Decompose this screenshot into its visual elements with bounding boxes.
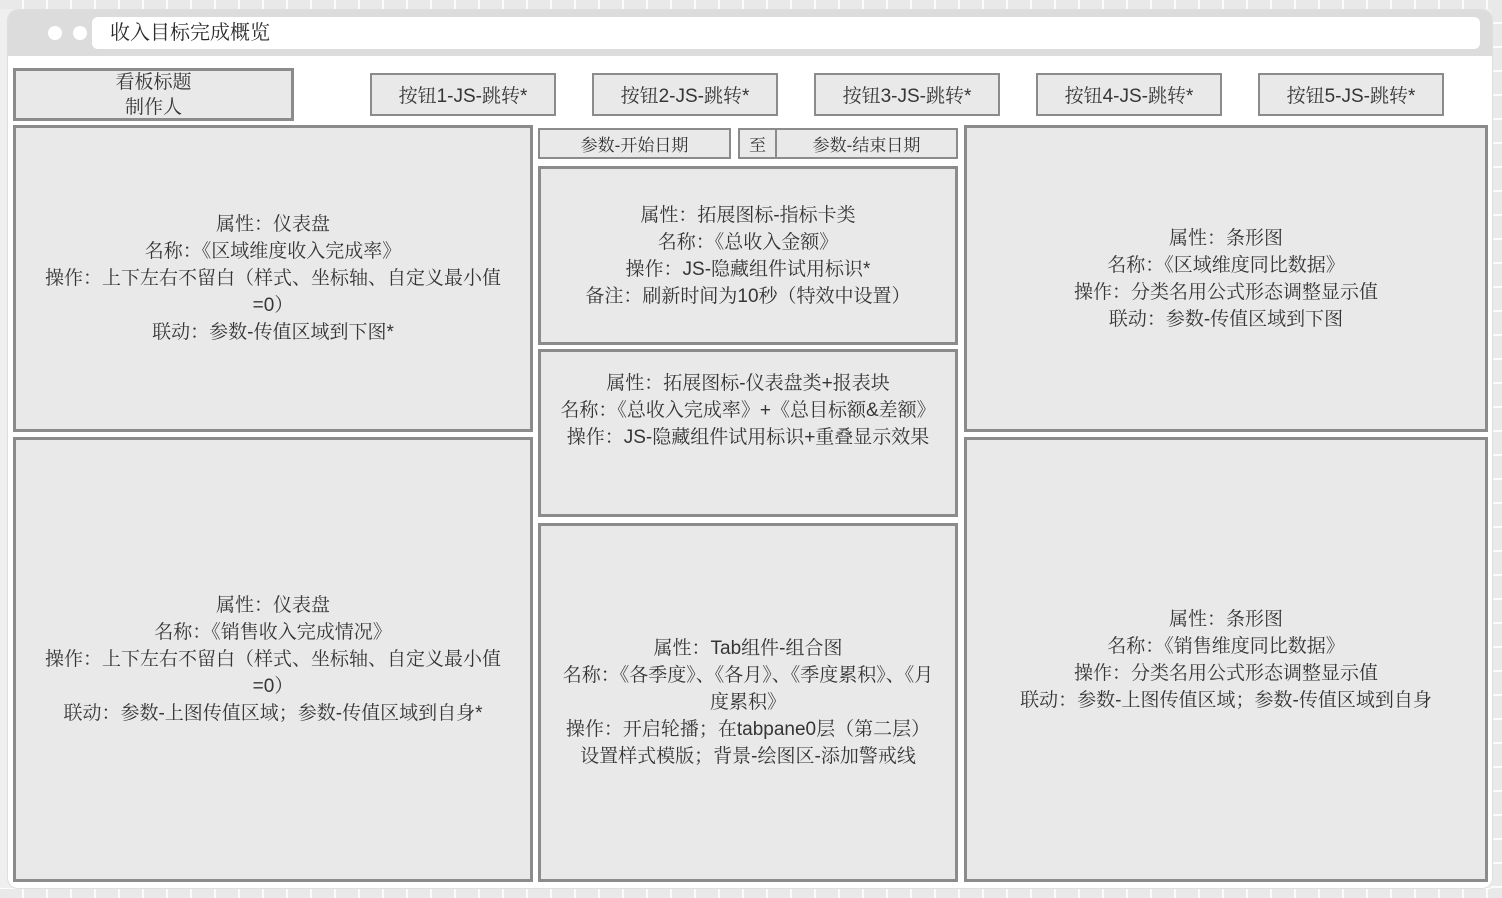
window-control-minimize-icon[interactable]: [73, 26, 87, 40]
panel-text: 属性：拓展图标-指标卡类 名称：《总收入金额》 操作：JS-隐藏组件试用标识* …: [559, 202, 937, 310]
param-start-date-field[interactable]: 参数-开始日期: [538, 128, 731, 159]
panel-sales-completion-gauge[interactable]: 属性：仪表盘 名称：《销售收入完成情况》 操作：上下左右不留白（样式、坐标轴、自…: [13, 437, 533, 882]
panel-region-yoy-bar-chart[interactable]: 属性：条形图 名称：《区域维度同比数据》 操作：分类名用公式形态调整显示值 联动…: [964, 125, 1488, 432]
panel-text: 属性：条形图 名称：《销售维度同比数据》 操作：分类名用公式形态调整显示值 联动…: [981, 606, 1471, 714]
panel-total-revenue-card[interactable]: 属性：拓展图标-指标卡类 名称：《总收入金额》 操作：JS-隐藏组件试用标识* …: [538, 166, 958, 345]
param-end-date-group: 至 参数-结束日期: [738, 128, 958, 159]
canvas-ruler-right: [1491, 0, 1502, 898]
board-author-line: 制作人: [125, 95, 182, 120]
jump-button-4[interactable]: 按钮4-JS-跳转*: [1036, 73, 1222, 116]
panel-total-completion-gauge[interactable]: 属性：拓展图标-仪表盘类+报表块 名称：《总收入完成率》+《总目标额&差额》 操…: [538, 349, 958, 517]
jump-button-2[interactable]: 按钮2-JS-跳转*: [592, 73, 778, 116]
canvas-ruler-top: [0, 0, 1502, 9]
panel-text: 属性：仪表盘 名称：《销售收入完成情况》 操作：上下左右不留白（样式、坐标轴、自…: [30, 592, 516, 727]
board-title-line: 看板标题: [115, 70, 191, 95]
panel-text: 属性：条形图 名称：《区域维度同比数据》 操作：分类名用公式形态调整显示值 联动…: [981, 225, 1471, 333]
dashboard-title-input[interactable]: 收入目标完成概览: [92, 17, 1480, 49]
window-control-close-icon[interactable]: [48, 26, 62, 40]
canvas-ruler-bottom: [0, 888, 1502, 898]
app-window: 收入目标完成概览 看板标题 制作人 按钮1-JS-跳转* 按钮2-JS-跳转* …: [8, 10, 1492, 888]
panel-tab-combo-chart[interactable]: 属性：Tab组件-组合图 名称：《各季度》、《各月》、《季度累积》、《月度累积》…: [538, 523, 958, 882]
panel-region-completion-gauge[interactable]: 属性：仪表盘 名称：《区域维度收入完成率》 操作：上下左右不留白（样式、坐标轴、…: [13, 125, 533, 432]
board-title-box[interactable]: 看板标题 制作人: [13, 68, 294, 121]
panel-text: 属性：Tab组件-组合图 名称：《各季度》、《各月》、《季度累积》、《月度累积》…: [557, 635, 939, 770]
jump-button-1[interactable]: 按钮1-JS-跳转*: [370, 73, 556, 116]
param-end-date-field[interactable]: 参数-结束日期: [777, 130, 956, 157]
panel-text: 属性：拓展图标-仪表盘类+报表块 名称：《总收入完成率》+《总目标额&差额》 操…: [559, 370, 937, 451]
date-range-to-label: 至: [740, 130, 777, 157]
jump-button-5[interactable]: 按钮5-JS-跳转*: [1258, 73, 1444, 116]
window-titlebar: 收入目标完成概览: [8, 10, 1492, 56]
jump-button-3[interactable]: 按钮3-JS-跳转*: [814, 73, 1000, 116]
panel-sales-yoy-bar-chart[interactable]: 属性：条形图 名称：《销售维度同比数据》 操作：分类名用公式形态调整显示值 联动…: [964, 437, 1488, 882]
panel-text: 属性：仪表盘 名称：《区域维度收入完成率》 操作：上下左右不留白（样式、坐标轴、…: [30, 211, 516, 346]
